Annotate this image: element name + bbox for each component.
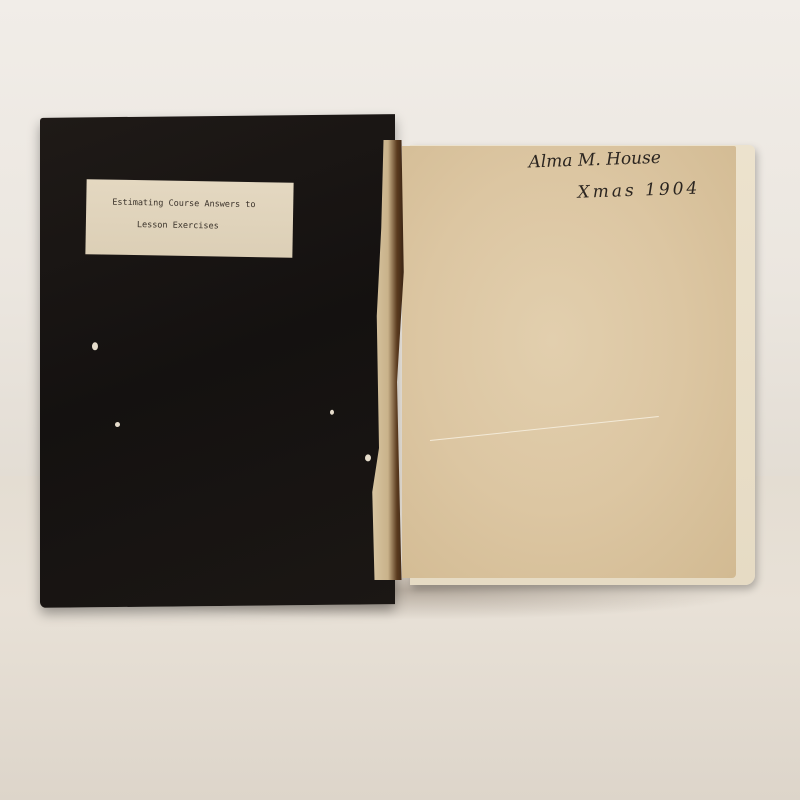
cover-label: Estimating Course Answers to Lesson Exer…: [85, 179, 293, 258]
cover-wear-spot: [330, 410, 334, 415]
label-text-line2: Lesson Exercises: [137, 220, 219, 231]
cover-wear-spot: [92, 342, 98, 350]
inscription-date: Xmas 1904: [577, 179, 700, 203]
endpaper-page: [402, 146, 736, 578]
label-text-line1: Estimating Course Answers to: [112, 198, 255, 210]
cover-wear-spot: [115, 422, 120, 427]
cover-wear-spot: [365, 454, 371, 461]
